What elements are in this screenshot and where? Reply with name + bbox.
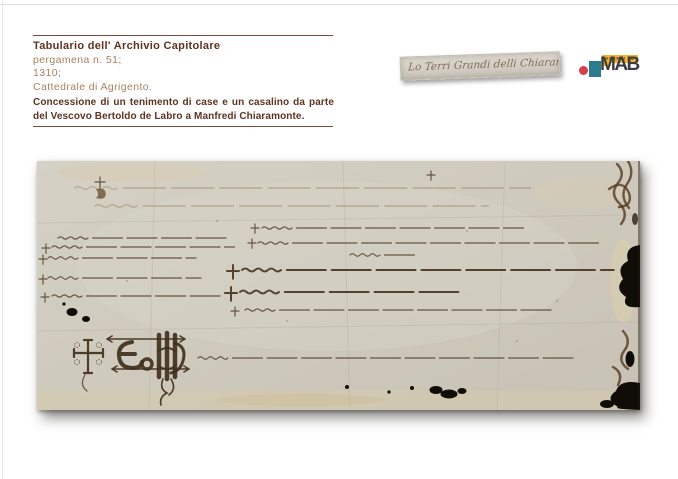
header-rule-top bbox=[33, 35, 333, 36]
logo-dot-icon bbox=[579, 66, 588, 75]
page-left-rule bbox=[2, 0, 3, 479]
parchment-illustration bbox=[37, 161, 640, 410]
meta-pergamena: pergamena n. 51; bbox=[33, 54, 152, 67]
document-description: Concessione di un tenimento di case e un… bbox=[33, 96, 334, 124]
manuscript-strip-image: Lo Terri Grandi delli Chiaramonti bbox=[400, 51, 561, 81]
meta-year: 1310; bbox=[33, 67, 152, 80]
strip-handwriting: Lo Terri Grandi delli Chiaramonti bbox=[400, 52, 559, 79]
archive-catalogue-page: Tabulario dell' Archivio Capitolare perg… bbox=[0, 0, 678, 479]
archive-title: Tabulario dell' Archivio Capitolare bbox=[33, 40, 220, 52]
logo-name: MAB bbox=[600, 54, 639, 76]
document-metadata: pergamena n. 51; 1310; Cattedrale di Agr… bbox=[33, 54, 152, 94]
page-top-rule bbox=[0, 4, 678, 5]
aperti-al-mab-logo: APERTI AL MAB bbox=[575, 52, 641, 82]
meta-cathedral: Cattedrale di Agrigento. bbox=[33, 81, 152, 94]
parchment-photo bbox=[37, 161, 640, 410]
header-rule-bottom bbox=[33, 126, 333, 127]
